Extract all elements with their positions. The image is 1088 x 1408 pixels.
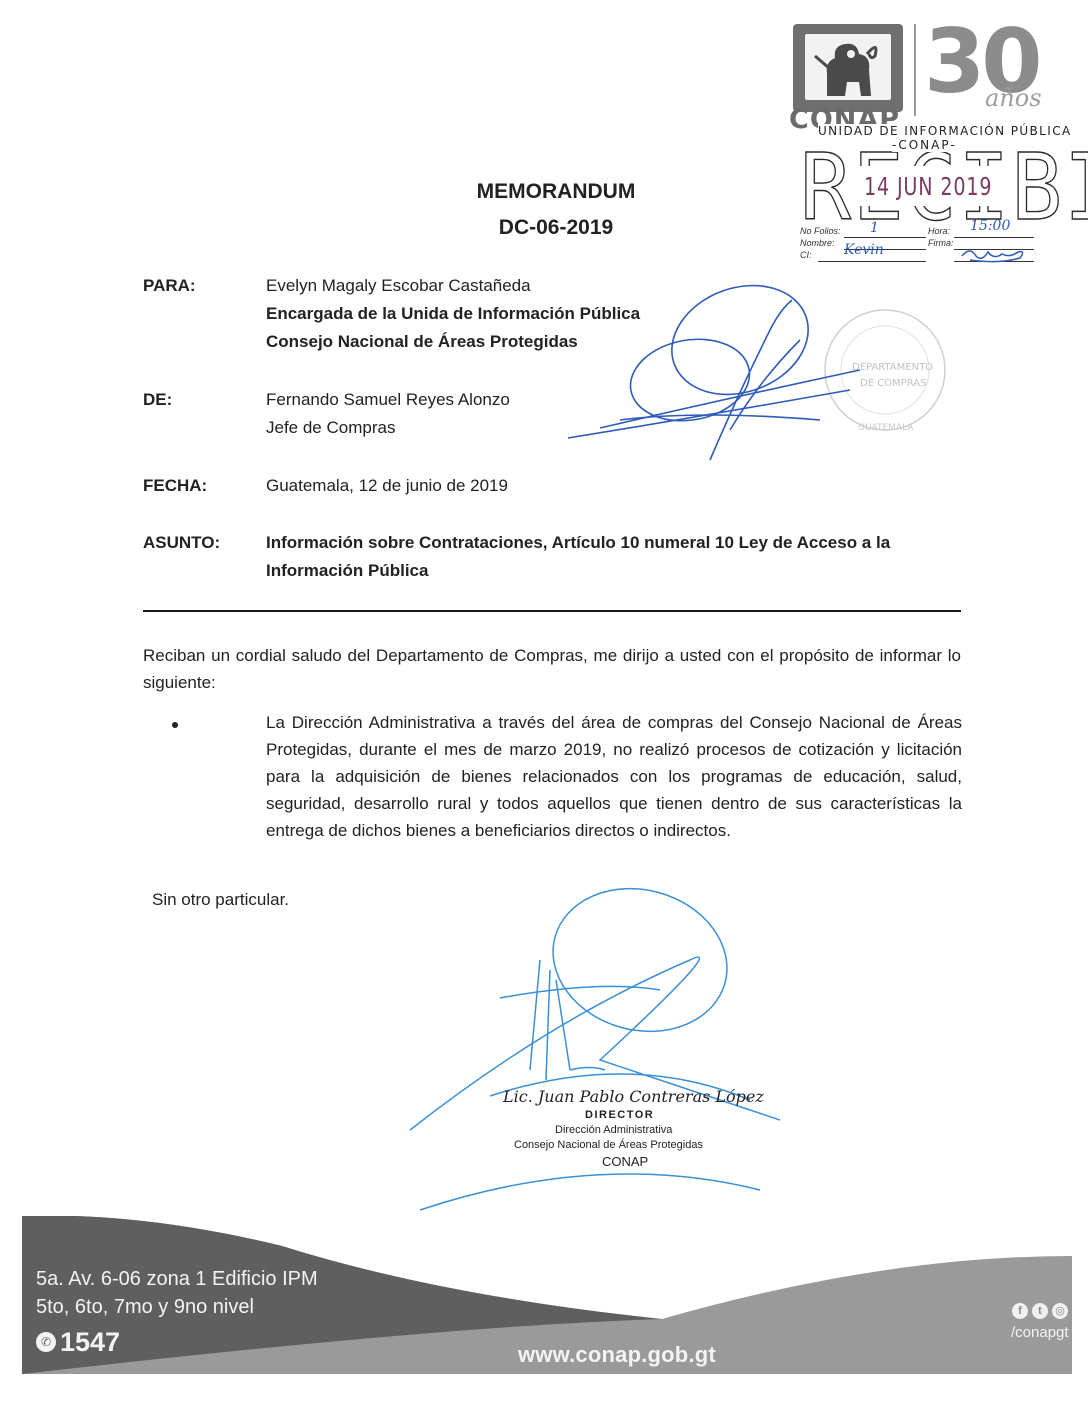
- para-label: PARA:: [143, 276, 196, 296]
- nombre-value: Kevin: [844, 242, 884, 258]
- signatory-organization: Consejo Nacional de Áreas Protegidas: [514, 1139, 703, 1151]
- footer-phone: 1547: [60, 1327, 120, 1358]
- sender-signature: [560, 270, 890, 470]
- bullet-icon: [172, 722, 178, 728]
- conap-logo: [793, 24, 903, 112]
- ci-label: CI:: [800, 250, 812, 260]
- asunto-line-1: Información sobre Contrataciones, Artícu…: [266, 529, 890, 557]
- sender-role: Jefe de Compras: [266, 414, 510, 442]
- asunto-label: ASUNTO:: [143, 533, 220, 553]
- anniversary-word: años: [985, 84, 1042, 112]
- instagram-icon[interactable]: ◎: [1052, 1303, 1068, 1319]
- memo-title: MEMORANDUM: [12, 180, 1088, 204]
- footer-social-handle[interactable]: /conapgt: [1011, 1324, 1069, 1341]
- sender-name: Fernando Samuel Reyes Alonzo: [266, 386, 510, 414]
- asunto-line-2: Información Pública: [266, 557, 890, 585]
- de-value: Fernando Samuel Reyes Alonzo Jefe de Com…: [266, 386, 510, 442]
- bullet-item: La Dirección Administrativa a través del…: [266, 709, 962, 844]
- fecha-value: Guatemala, 12 de junio de 2019: [266, 472, 508, 500]
- twitter-icon[interactable]: t: [1032, 1303, 1048, 1319]
- footer-website-link[interactable]: www.conap.gob.gt: [518, 1342, 716, 1368]
- signatory-name: Lic. Juan Pablo Contreras López: [503, 1087, 764, 1106]
- phone-icon: ✆: [36, 1332, 56, 1352]
- fecha-label: FECHA:: [143, 476, 207, 496]
- de-label: DE:: [143, 390, 172, 410]
- asunto-value: Información sobre Contrataciones, Artícu…: [266, 529, 890, 585]
- stamp-unit: UNIDAD DE INFORMACIÓN PÚBLICA: [818, 124, 1072, 138]
- closing-line: Sin otro particular.: [152, 890, 289, 910]
- signatory-department: Dirección Administrativa: [555, 1124, 672, 1136]
- memo-number: DC-06-2019: [12, 216, 1088, 240]
- signatory-title: DIRECTOR: [585, 1109, 654, 1121]
- firma-signature: [960, 242, 1030, 264]
- footer-address-line-2: 5to, 6to, 7mo y 9no nivel: [36, 1296, 254, 1319]
- header-rule: [143, 610, 961, 612]
- signatory-acronym: CONAP: [602, 1154, 648, 1169]
- logo-divider: [914, 24, 916, 116]
- stamp-org: -CONAP-: [892, 138, 957, 152]
- director-signature: [400, 880, 780, 1220]
- monkey-emblem-icon: [805, 34, 891, 100]
- intro-paragraph: Reciban un cordial saludo del Departamen…: [143, 642, 961, 696]
- footer-address-line-1: 5a. Av. 6-06 zona 1 Edificio IPM: [36, 1268, 318, 1291]
- facebook-icon[interactable]: f: [1012, 1303, 1028, 1319]
